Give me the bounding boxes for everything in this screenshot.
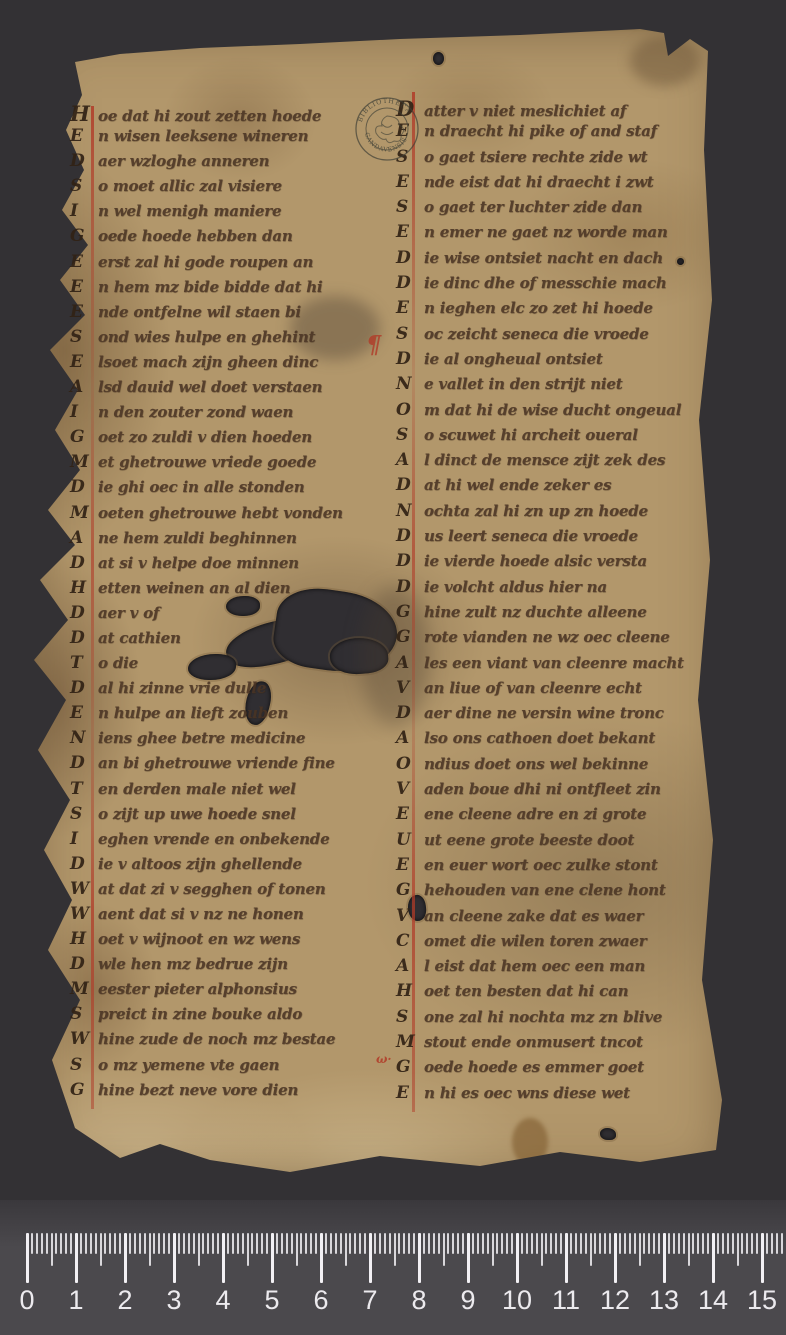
line-initial: A <box>396 728 424 748</box>
line-text: ie volcht aldus hier na <box>424 578 607 596</box>
line-text: eester pieter alphonsius <box>98 980 297 998</box>
line-initial: N <box>70 728 98 748</box>
ruler-mm-tick <box>658 1233 660 1254</box>
text-line: Hoet ten besten dat hi can <box>396 981 716 1006</box>
line-initial: D <box>70 603 98 623</box>
ruler-mm-tick <box>330 1233 332 1254</box>
text-line: Dwle hen mz bedrue zijn <box>70 954 370 979</box>
text-line: Elsoet mach zijn gheen dinc <box>70 352 370 377</box>
line-initial: G <box>70 226 98 246</box>
ruler-mm-tick <box>217 1233 219 1254</box>
text-line: So mz yemene vte gaen <box>70 1055 370 1080</box>
text-line: Sond wies hulpe en ghehint <box>70 327 370 352</box>
line-initial: H <box>70 101 98 126</box>
line-initial: D <box>396 475 424 495</box>
line-text: at si v helpe doe minnen <box>98 554 299 572</box>
ruler-mm-tick <box>722 1233 724 1254</box>
ruler-label: 0 <box>19 1285 34 1316</box>
line-text: n wisen leeksene wineren <box>98 127 308 145</box>
text-line: Vaden boue dhi ni ontfleet zin <box>396 779 716 804</box>
line-text: oede hoede es emmer goet <box>424 1058 644 1076</box>
line-initial: S <box>70 176 98 196</box>
ruler-label: 1 <box>68 1285 83 1316</box>
ruler-mm-tick <box>41 1233 43 1254</box>
library-stamp: BIBLIOTHECA GANDAVENSIS <box>352 94 422 164</box>
text-line: To die <box>70 653 370 678</box>
text-line: Die wise ontsiet nacht en dach <box>396 248 716 273</box>
text-line: In den zouter zond waen <box>70 402 370 427</box>
line-initial: U <box>396 830 424 850</box>
ruler-mm-tick <box>114 1233 116 1254</box>
ruler-mm-tick <box>65 1233 67 1254</box>
line-initial: G <box>396 1057 424 1077</box>
line-initial: E <box>70 352 98 372</box>
text-line: Daer v of <box>70 603 370 628</box>
ruler-mm-tick <box>51 1233 53 1266</box>
line-initial: D <box>396 703 424 723</box>
ruler-mm-tick <box>526 1233 528 1254</box>
ruler-mm-tick <box>702 1233 704 1254</box>
ruler-mm-tick <box>296 1233 298 1266</box>
line-text: o gaet tsiere rechte zide wt <box>424 148 647 166</box>
line-text: hine bezt neve vore dien <box>98 1081 298 1099</box>
ruler-mm-tick <box>256 1233 258 1254</box>
ruler-mm-tick <box>60 1233 62 1254</box>
line-initial: S <box>70 1004 98 1024</box>
ruler-mm-tick <box>345 1233 347 1266</box>
ruler-mm-tick <box>364 1233 366 1254</box>
line-initial: V <box>396 906 424 926</box>
line-initial: E <box>396 222 424 242</box>
ruler-mm-tick <box>109 1233 111 1254</box>
ruler-mm-tick <box>212 1233 214 1254</box>
ruler-mm-tick <box>457 1233 459 1254</box>
line-initial: G <box>70 427 98 447</box>
ruler-mm-tick <box>90 1233 92 1254</box>
line-initial: E <box>70 252 98 272</box>
ruler-mm-tick <box>202 1233 204 1254</box>
line-text: hine zude de noch mz bestae <box>98 1030 335 1048</box>
ruler-cm-tick <box>124 1233 127 1283</box>
ruler-mm-tick <box>501 1233 503 1254</box>
line-text: ie ghi oec in alle stonden <box>98 478 304 496</box>
line-text: ie al ongheual ontsiet <box>424 350 603 368</box>
line-text: one zal hi nochta mz zn blive <box>424 1008 662 1026</box>
line-text: hine zult nz duchte alleene <box>424 603 647 621</box>
line-initial: D <box>396 526 424 546</box>
ruler-mm-tick <box>506 1233 508 1254</box>
line-text: erst zal hi gode roupen an <box>98 253 313 271</box>
line-initial: O <box>396 754 424 774</box>
ruler-mm-tick <box>281 1233 283 1254</box>
ruler-mm-tick <box>359 1233 361 1254</box>
ruler-mm-tick <box>340 1233 342 1254</box>
ruler-mm-tick <box>129 1233 131 1254</box>
line-text: aer v of <box>98 604 159 622</box>
stamp-text-bottom: GANDAVENSIS <box>363 132 409 154</box>
text-line: Dat cathien <box>70 628 370 653</box>
red-scribble-mark: ω· <box>376 1052 392 1066</box>
line-text: atter v niet meslichiet af <box>424 102 626 120</box>
line-initial: E <box>396 298 424 318</box>
ruler-mm-tick <box>193 1233 195 1254</box>
ruler-mm-tick <box>55 1233 57 1254</box>
line-initial: S <box>396 1007 424 1027</box>
ruler-mm-tick <box>276 1233 278 1254</box>
ruler-label: 8 <box>411 1285 426 1316</box>
text-line: Die v altoos zijn ghellende <box>70 854 370 879</box>
ruler-label: 10 <box>502 1285 532 1316</box>
text-line: En hulpe an lieft zouben <box>70 703 370 728</box>
text-line: Grote vianden ne wz oec cleene <box>396 627 716 652</box>
line-initial: D <box>70 753 98 773</box>
line-text: nde ontfelne wil staen bi <box>98 303 301 321</box>
text-line: Alsd dauid wel doet verstaen <box>70 377 370 402</box>
line-initial: M <box>70 503 98 523</box>
text-line: Goede hoede es emmer goet <box>396 1057 716 1082</box>
text-line: Die al ongheual ontsiet <box>396 349 716 374</box>
line-initial: W <box>70 1029 98 1049</box>
line-text: l eist dat hem oec een man <box>424 957 645 975</box>
text-line: Meester pieter alphonsius <box>70 979 370 1004</box>
ruler-mm-tick <box>158 1233 160 1254</box>
line-text: oede hoede hebben dan <box>98 227 293 245</box>
ruler-cm-tick <box>663 1233 666 1283</box>
line-text: wle hen mz bedrue zijn <box>98 955 288 973</box>
text-line: Ende ontfelne wil staen bi <box>70 302 370 327</box>
ruler-mm-tick <box>266 1233 268 1254</box>
ruler-label: 5 <box>264 1285 279 1316</box>
line-initial: A <box>396 653 424 673</box>
line-text: at hi wel ende zeker es <box>424 476 611 494</box>
ruler-mm-tick <box>619 1233 621 1254</box>
line-initial: S <box>70 804 98 824</box>
text-line: Die ghi oec in alle stonden <box>70 477 370 502</box>
ruler-cm-tick <box>516 1233 519 1283</box>
ruler-mm-tick <box>198 1233 200 1266</box>
ruler-mm-tick <box>536 1233 538 1254</box>
left-text-column: Hoe dat hi zout zetten hoedeEn wisen lee… <box>70 101 370 1105</box>
ruler-mm-tick <box>247 1233 249 1266</box>
ruler-mm-tick <box>403 1233 405 1254</box>
ruler-mm-tick <box>85 1233 87 1254</box>
line-initial: A <box>396 956 424 976</box>
text-line: Ane hem zuldi beghinnen <box>70 528 370 553</box>
ruler-mm-tick <box>692 1233 694 1254</box>
line-initial: A <box>70 377 98 397</box>
line-initial: A <box>396 450 424 470</box>
line-text: e vallet in den strijt niet <box>424 375 623 393</box>
line-initial: S <box>396 324 424 344</box>
line-initial: E <box>396 172 424 192</box>
ruler-cm-tick <box>75 1233 78 1283</box>
ruler: 0123456789101112131415 <box>0 1233 786 1335</box>
line-text: o die <box>98 654 138 672</box>
ruler-mm-tick <box>629 1233 631 1254</box>
line-initial: V <box>396 678 424 698</box>
text-line: So gaet tsiere rechte zide wt <box>396 147 716 172</box>
line-initial: O <box>396 400 424 420</box>
text-line: En ieghen elc zo zet hi hoede <box>396 298 716 323</box>
ruler-cm-tick <box>418 1233 421 1283</box>
line-text: n hi es oec wns diese wet <box>424 1084 630 1102</box>
ruler-label: 6 <box>313 1285 328 1316</box>
text-line: Met ghetrouwe vriede goede <box>70 452 370 477</box>
ruler-cm-tick <box>565 1233 568 1283</box>
ruler-label: 11 <box>552 1285 580 1316</box>
hole <box>433 52 444 65</box>
ruler-mm-tick <box>433 1233 435 1254</box>
line-text: ochta zal hi zn up zn hoede <box>424 502 648 520</box>
ruler-mm-tick <box>555 1233 557 1254</box>
ruler-mm-tick <box>624 1233 626 1254</box>
line-text: ne hem zuldi beghinnen <box>98 529 297 547</box>
ruler-mm-tick <box>447 1233 449 1254</box>
stamp-text-top: BIBLIOTHECA <box>356 97 413 123</box>
line-initial: E <box>70 277 98 297</box>
text-line: En hi es oec wns diese wet <box>396 1083 716 1108</box>
text-line: En wisen leeksene wineren <box>70 126 370 151</box>
line-initial: D <box>70 553 98 573</box>
line-text: ie v altoos zijn ghellende <box>98 855 302 873</box>
ruler-mm-tick <box>678 1233 680 1254</box>
text-line: Moeten ghetrouwe hebt vonden <box>70 503 370 528</box>
line-initial: D <box>70 854 98 874</box>
text-line: So moet allic zal visiere <box>70 176 370 201</box>
ruler-mm-tick <box>335 1233 337 1254</box>
line-text: lsd dauid wel doet verstaen <box>98 378 322 396</box>
ruler-mm-tick <box>305 1233 307 1254</box>
line-text: aent dat si v nz ne honen <box>98 905 304 923</box>
text-line: Ondius doet ons wel bekinne <box>396 754 716 779</box>
text-line: So zijt up uwe hoede snel <box>70 804 370 829</box>
ruler-mm-tick <box>673 1233 675 1254</box>
paraph-mark: ¶ <box>366 330 381 359</box>
ruler-mm-tick <box>237 1233 239 1254</box>
line-text: etten weinen an al dien <box>98 579 290 597</box>
ruler-label: 4 <box>215 1285 230 1316</box>
text-line: Goede hoede hebben dan <box>70 226 370 251</box>
text-line: Hoe dat hi zout zetten hoede <box>70 101 370 126</box>
text-line: Also ons cathoen doet bekant <box>396 728 716 753</box>
line-text: n hulpe an lieft zouben <box>98 704 288 722</box>
text-line: En draecht hi pike of and staf <box>396 121 716 146</box>
line-initial: H <box>396 981 424 1001</box>
line-text: oet ten besten dat hi can <box>424 982 628 1000</box>
line-text: en derden male niet wel <box>98 780 296 798</box>
line-text: ond wies hulpe en ghehint <box>98 328 315 346</box>
ruler-mm-tick <box>443 1233 445 1266</box>
line-text: en euer wort oec zulke stont <box>424 856 658 874</box>
ruler-mm-tick <box>560 1233 562 1254</box>
line-initial: M <box>70 979 98 999</box>
ruler-mm-tick <box>643 1233 645 1254</box>
text-line: Ende eist dat hi draecht i zwt <box>396 172 716 197</box>
ruler-mm-tick <box>781 1233 783 1254</box>
line-initial: M <box>396 1032 424 1052</box>
ruler-mm-tick <box>153 1233 155 1254</box>
ruler-mm-tick <box>134 1233 136 1254</box>
ruler-mm-tick <box>477 1233 479 1254</box>
line-initial: I <box>70 201 98 221</box>
ruler-mm-tick <box>634 1233 636 1254</box>
ruler-mm-tick <box>688 1233 690 1266</box>
ruler-mm-tick <box>668 1233 670 1254</box>
ruler-mm-tick <box>423 1233 425 1254</box>
ruler-mm-tick <box>349 1233 351 1254</box>
line-text: o gaet ter luchter zide dan <box>424 198 642 216</box>
ruler-mm-tick <box>590 1233 592 1266</box>
ruler-mm-tick <box>472 1233 474 1254</box>
text-line: Sone zal hi nochta mz zn blive <box>396 1007 716 1032</box>
ruler-mm-tick <box>487 1233 489 1254</box>
ruler-mm-tick <box>683 1233 685 1254</box>
ruler-mm-tick <box>80 1233 82 1254</box>
line-initial: D <box>70 477 98 497</box>
ruler-mm-tick <box>697 1233 699 1254</box>
text-line: Comet die wilen toren zwaer <box>396 931 716 956</box>
line-text: l dinct de mensce zijt zek des <box>424 451 665 469</box>
line-text: eghen vrende en onbekende <box>98 830 329 848</box>
line-text: stout ende onmusert tncot <box>424 1033 643 1051</box>
ruler-mm-tick <box>354 1233 356 1254</box>
text-line: Van liue of van cleenre echt <box>396 678 716 703</box>
ruler-mm-tick <box>207 1233 209 1254</box>
line-text: o scuwet hi archeit oueral <box>424 426 638 444</box>
line-initial: I <box>70 829 98 849</box>
ruler-mm-tick <box>374 1233 376 1254</box>
ruler-label: 15 <box>747 1285 777 1316</box>
ruler-mm-tick <box>751 1233 753 1254</box>
text-line: Al dinct de mensce zijt zek des <box>396 450 716 475</box>
text-line: Een euer wort oec zulke stont <box>396 855 716 880</box>
line-text: preict in zine bouke aldo <box>98 1005 302 1023</box>
text-line: Nochta zal hi zn up zn hoede <box>396 501 716 526</box>
line-text: us leert seneca die vroede <box>424 527 638 545</box>
text-line: Daer dine ne versin wine tronc <box>396 703 716 728</box>
line-text: aden boue dhi ni ontfleet zin <box>424 780 661 798</box>
line-text: oet v wijnoot en wz wens <box>98 930 300 948</box>
ruler-label: 9 <box>460 1285 475 1316</box>
ruler-cm-tick <box>369 1233 372 1283</box>
line-text: et ghetrouwe vriede goede <box>98 453 316 471</box>
hole <box>600 1128 616 1140</box>
line-text: rote vianden ne wz oec cleene <box>424 628 670 646</box>
ruler-mm-tick <box>384 1233 386 1254</box>
ruler-mm-tick <box>144 1233 146 1254</box>
line-initial: T <box>70 653 98 673</box>
line-initial: E <box>396 1083 424 1103</box>
ruler-mm-tick <box>149 1233 151 1266</box>
ruler-cm-tick <box>761 1233 764 1283</box>
stamp-lion-emblem <box>376 116 404 143</box>
line-text: les een viant van cleenre macht <box>424 654 684 672</box>
ruler-mm-tick <box>261 1233 263 1254</box>
text-line: Die dinc dhe of messchie mach <box>396 273 716 298</box>
line-text: ie wise ontsiet nacht en dach <box>424 249 663 267</box>
line-initial: T <box>70 779 98 799</box>
ruler-mm-tick <box>511 1233 513 1254</box>
line-initial: C <box>396 931 424 951</box>
ruler-mm-tick <box>531 1233 533 1254</box>
right-text-column: Datter v niet meslichiet afEn draecht hi… <box>396 96 716 1108</box>
ruler-mm-tick <box>550 1233 552 1254</box>
ruler-mm-tick <box>119 1233 121 1254</box>
ruler-mm-tick <box>188 1233 190 1254</box>
ruler-mm-tick <box>732 1233 734 1254</box>
line-initial: D <box>396 273 424 293</box>
line-initial: D <box>396 349 424 369</box>
line-initial: V <box>396 779 424 799</box>
ruler-cm-tick <box>712 1233 715 1283</box>
ruler-mm-tick <box>492 1233 494 1266</box>
line-initial: M <box>70 452 98 472</box>
ruler-mm-tick <box>46 1233 48 1254</box>
line-text: iens ghee betre medicine <box>98 729 305 747</box>
line-initial: S <box>396 425 424 445</box>
line-initial: G <box>396 602 424 622</box>
text-line: Ieghen vrende en onbekende <box>70 829 370 854</box>
ruler-mm-tick <box>727 1233 729 1254</box>
line-text: m dat hi de wise ducht ongeual <box>424 401 681 419</box>
line-initial: G <box>70 1080 98 1100</box>
line-initial: S <box>70 327 98 347</box>
text-line: Ghehouden van ene clene hont <box>396 880 716 905</box>
line-initial: H <box>70 929 98 949</box>
line-text: ene cleene adre en zi grote <box>424 805 646 823</box>
ruler-mm-tick <box>585 1233 587 1254</box>
ruler-mm-tick <box>570 1233 572 1254</box>
line-text: hehouden van ene clene hont <box>424 881 666 899</box>
ruler-mm-tick <box>737 1233 739 1266</box>
text-line: En hem mz bide bidde dat hi <box>70 277 370 302</box>
text-line: Datter v niet meslichiet af <box>396 96 716 121</box>
line-initial: A <box>70 528 98 548</box>
ruler-mm-tick <box>291 1233 293 1254</box>
text-line: Hetten weinen an al dien <box>70 578 370 603</box>
ruler-mm-tick <box>300 1233 302 1254</box>
text-line: Wat dat zi v segghen of tonen <box>70 879 370 904</box>
text-line: Ne vallet in den strijt niet <box>396 374 716 399</box>
ruler-mm-tick <box>741 1233 743 1254</box>
ruler-mm-tick <box>163 1233 165 1254</box>
line-text: ut eene grote beeste doot <box>424 831 634 849</box>
line-text: n emer ne gaet nz worde man <box>424 223 668 241</box>
line-text: an bi ghetrouwe vriende fine <box>98 754 335 772</box>
ruler-mm-tick <box>575 1233 577 1254</box>
ruler-mm-tick <box>599 1233 601 1254</box>
ruler-label: 3 <box>166 1285 181 1316</box>
ruler-mm-tick <box>408 1233 410 1254</box>
text-line: Spreict in zine bouke aldo <box>70 1004 370 1029</box>
text-line: Ghine bezt neve vore dien <box>70 1080 370 1105</box>
line-initial: S <box>396 197 424 217</box>
line-text: n den zouter zond waen <box>98 403 293 421</box>
line-initial: E <box>396 804 424 824</box>
line-text: oe dat hi zout zetten hoede <box>98 107 321 125</box>
ruler-mm-tick <box>168 1233 170 1254</box>
line-initial: N <box>396 501 424 521</box>
line-text: o zijt up uwe hoede snel <box>98 805 296 823</box>
ruler-mm-tick <box>100 1233 102 1266</box>
line-text: ndius doet ons wel bekinne <box>424 755 648 773</box>
text-line: Dan bi ghetrouwe vriende fine <box>70 753 370 778</box>
text-line: Daer wzloghe anneren <box>70 151 370 176</box>
line-text: oet zo zuldi v dien hoeden <box>98 428 312 446</box>
ruler-mm-tick <box>717 1233 719 1254</box>
line-initial: D <box>70 678 98 698</box>
ruler-mm-tick <box>541 1233 543 1266</box>
